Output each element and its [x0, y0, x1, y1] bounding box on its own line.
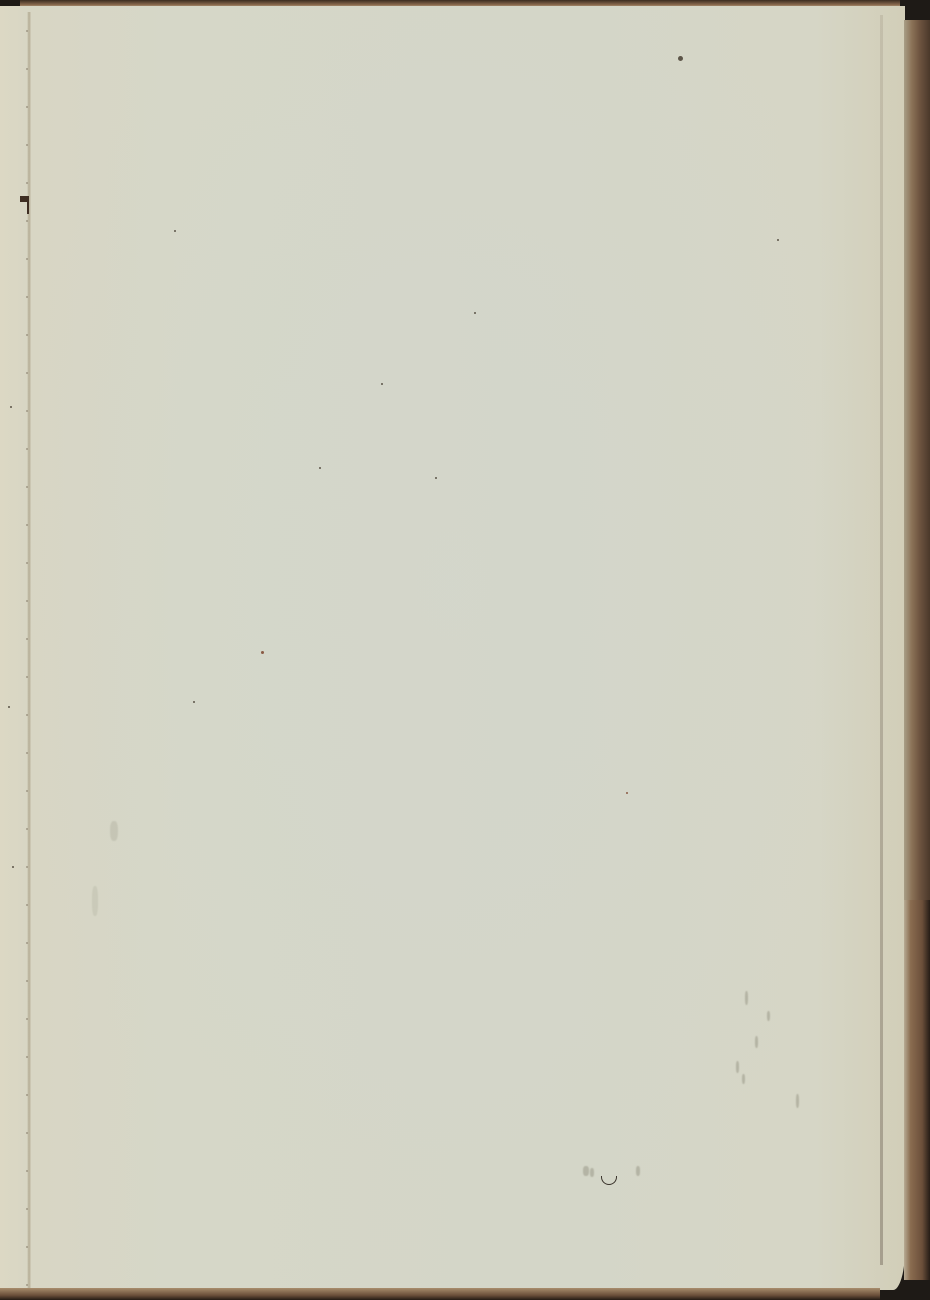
paper-speck — [626, 792, 628, 794]
paper-speck — [777, 239, 779, 241]
bleed-through-mark — [583, 1166, 589, 1176]
curved-ink-stroke — [601, 1176, 617, 1185]
bleed-through-mark — [742, 1074, 745, 1084]
paper-speck — [474, 312, 476, 314]
paper-speck — [193, 701, 195, 703]
bleed-through-mark — [110, 821, 118, 841]
bleed-through-mark — [755, 1036, 758, 1048]
paper-speck — [381, 383, 383, 385]
paper-speck — [319, 467, 321, 469]
paper-speck — [10, 406, 12, 408]
paper-speck — [261, 651, 264, 654]
paper-speck — [678, 56, 683, 61]
bleed-through-mark — [736, 1061, 739, 1073]
page-fold-line — [880, 15, 883, 1265]
bleed-through-mark — [590, 1168, 594, 1177]
paper-speck — [12, 866, 14, 868]
bleed-through-mark — [745, 991, 748, 1005]
bleed-through-mark — [796, 1094, 799, 1108]
paper-speck — [174, 230, 176, 232]
paper-speck — [435, 477, 437, 479]
page-right-edge-lower — [904, 900, 930, 1280]
ink-tab-stroke — [27, 196, 29, 214]
paper-speck — [8, 706, 10, 708]
book-bottom-edge — [0, 1288, 880, 1300]
bleed-through-mark — [92, 886, 98, 916]
bleed-through-mark — [767, 1011, 770, 1021]
blank-page — [0, 6, 905, 1290]
bleed-through-mark — [636, 1166, 640, 1176]
